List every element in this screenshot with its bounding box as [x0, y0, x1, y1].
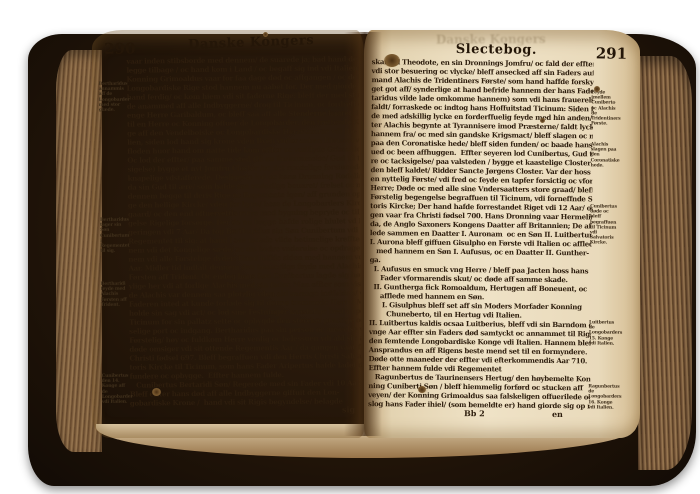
page-stain [418, 386, 426, 393]
margin-note: Luitbertus de Longobarders 15. Konge vdi… [589, 320, 617, 346]
right-text-block: skamed Theodote, en sin Dronnings Jomfru… [368, 57, 594, 411]
margin-note: Ragunbertus de Longobarders 16. Konge vd… [588, 384, 616, 410]
margin-note: Cunibertus døde oc bleff begraffuen til … [590, 204, 618, 246]
right-catchword: en [552, 410, 563, 419]
margin-note: Cunibertus den 14. Konge aff de Longobar… [102, 374, 130, 406]
right-page-number: 291 [596, 46, 627, 61]
margin-note: Alachis slagen paa den Coronatiske hede. [591, 142, 619, 168]
margin-note: Bertharidi feyde med Alachis Førsten aff… [101, 282, 129, 308]
right-running-header: Slectebog. [456, 43, 537, 58]
left-text-block: vaar inden stibsborde med dennem/ de sua… [126, 54, 362, 408]
page-stain [384, 54, 400, 67]
gathering-signature: Bb 2 [464, 409, 485, 418]
left-page: 290 Danske Kongers vaar inden stibsborde… [92, 30, 364, 438]
page-stain [594, 86, 600, 92]
fore-edge [638, 56, 692, 470]
book-photo: 290 Danske Kongers vaar inden stibsborde… [0, 0, 700, 494]
gutter-shadow [344, 32, 382, 436]
left-running-header: Danske Kongers [188, 34, 314, 53]
page-stain [540, 118, 545, 123]
text-line: gobardiske Krone / hand vdi sit Rigis be… [130, 396, 362, 407]
margin-note: Bertharidus annammis aff de Longobarder … [99, 82, 127, 114]
page-stain [263, 32, 268, 37]
page-stain [152, 388, 161, 396]
margin-note: Bertharidus tager sin Søn Cunibertum i R… [100, 218, 128, 255]
margin-note: Feyde imellem Cuniberto oc Alachis de Tr… [591, 90, 619, 127]
left-page-number: 290 [104, 42, 135, 57]
